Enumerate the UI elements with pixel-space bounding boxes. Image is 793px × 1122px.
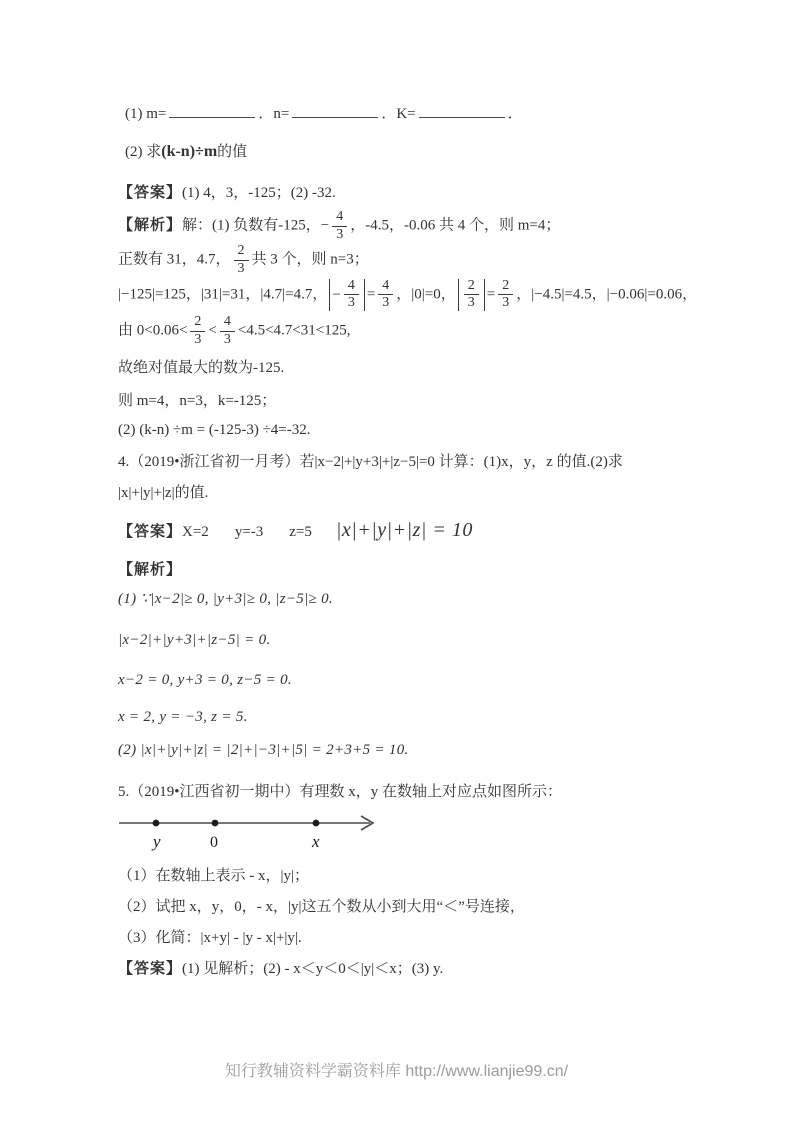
answer-marker: 【答案】 (118, 523, 182, 540)
fraction-4-3: 43 (332, 210, 347, 242)
math-text: (1) ∵|x−2|≥ 0, |y+3|≥ 0, |z−5|≥ 0. (118, 591, 333, 607)
q4-title-math: |x|+|y|+|z| (118, 485, 175, 501)
q4-title-suffix: 的值. (175, 485, 209, 501)
abs-fraction-neg-4-3: −43 (329, 279, 364, 311)
answer-blank-m[interactable] (169, 104, 255, 118)
answer-blank-n[interactable] (292, 104, 378, 118)
fraction-2-3: 23 (190, 315, 205, 347)
fraction-4-3: 43 (378, 279, 393, 311)
abs-seg-3: ，|−4.5|=4.5，|−0.06|=0.06， (516, 286, 697, 302)
fraction-denominator: 3 (190, 331, 205, 348)
math-text: x−2 = 0, y+3 = 0, z−5 = 0. (118, 672, 292, 688)
fraction-numerator: 4 (378, 279, 393, 295)
q3-max-line: 故绝对值最大的数为-125. (118, 357, 723, 379)
q4-math-step5: (2) |x|+|y|+|z| = |2|+|−3|+|5| = 2+3+5 =… (118, 739, 723, 761)
q3-part2-formula: (k-n)÷m (161, 143, 217, 160)
fraction-2-3: 23 (498, 279, 513, 311)
q4-math-step2: |x−2|+|y+3|+|z−5| = 0. (118, 629, 723, 651)
point-y-dot (153, 819, 160, 826)
order-seg-b: <4.5<4.7<31<125, (238, 323, 351, 339)
q3-abs-values-line: |−125|=125，|31|=31，|4.7|=4.7，−43=43，|0|=… (118, 279, 723, 311)
abs-seg-1: |−125|=125，|31|=31，|4.7|=4.7， (118, 286, 327, 302)
abs-fraction-2-3: 23 (458, 279, 485, 311)
answer-marker: 【答案】 (118, 960, 182, 977)
q4-title-line2: |x|+|y|+|z|的值. (118, 482, 723, 504)
q4-math-step4: x = 2, y = −3, z = 5. (118, 706, 723, 728)
q5-item2-line: （2）试把 x，y，0，- x，|y|这五个数从小到大用“＜”号连接， (118, 896, 723, 918)
minus-sign: − (332, 284, 340, 306)
fraction-4-3: 43 (344, 279, 359, 311)
q5-answer-line: 【答案】(1) 见解析；(2) - x＜y＜0＜|y|＜x；(3) y. (118, 958, 723, 980)
q3-blank-label-m: (1) m= (125, 106, 166, 122)
worksheet-content: (1) m=．n=．K=． (2) 求(k-n)÷m的值 【答案】(1) 4，3… (118, 103, 723, 980)
math-text: x = 2, y = −3, z = 5. (118, 709, 248, 725)
footer-text: 知行教辅资料学霸资料库 http://www.lianjie99.cn/ (225, 1063, 568, 1080)
order-seg-a: 由 0<0.06< (118, 323, 187, 339)
q3-part2-suffix: 的值 (217, 144, 247, 160)
q3-sol-pos-b: 共 3 个，则 n=3； (252, 252, 369, 268)
q4-title-text: 4.（2019•浙江省初一月考）若|x−2|+|y+3|+|z−5|=0 计算：… (118, 454, 623, 470)
q3-blank-label-k: ．K= (381, 106, 415, 122)
point-zero-label: 0 (210, 834, 218, 851)
q4-answer-formula: |x|+|y|+|z| = 10 (336, 519, 473, 541)
q5-item3-text: （3）化简：|x+y| - |y - x|+|y|. (118, 930, 302, 946)
q4-math-step1: (1) ∵|x−2|≥ 0, |y+3|≥ 0, |z−5|≥ 0. (118, 588, 723, 610)
q5-item3-line: （3）化简：|x+y| - |y - x|+|y|. (118, 927, 723, 949)
q4-title-line1: 4.（2019•浙江省初一月考）若|x−2|+|y+3|+|z−5|=0 计算：… (118, 451, 723, 473)
q5-item1-line: （1）在数轴上表示 - x，|y|； (118, 865, 723, 887)
equals-sign: = (367, 286, 375, 302)
fraction-numerator: 4 (344, 279, 359, 295)
q3-blank-label-n: ．n= (258, 106, 289, 122)
q3-answer-line: 【答案】(1) 4，3，-125；(2) -32. (118, 182, 723, 204)
fraction-numerator: 2 (464, 279, 479, 295)
q3-analysis-line2: 正数有 31，4.7，23共 3 个，则 n=3； (118, 244, 723, 276)
fraction-numerator: 2 (190, 315, 205, 331)
point-y-label: y (151, 832, 161, 851)
fraction-denominator: 3 (464, 294, 479, 311)
analysis-marker: 【解析】 (118, 217, 182, 234)
fraction-2-3: 23 (464, 279, 479, 311)
point-zero-dot (212, 819, 219, 826)
fraction-numerator: 2 (234, 244, 249, 260)
q3-blank-end: ． (508, 106, 523, 122)
less-than-sign: < (208, 323, 216, 339)
fraction-denominator: 3 (498, 294, 513, 311)
q3-sol-pos-a: 正数有 31，4.7， (118, 252, 231, 268)
q4-analysis-label: 【解析】 (118, 559, 723, 581)
q3-answer-text: (1) 4，3，-125；(2) -32. (182, 185, 336, 201)
abs-seg-2: ，|0|=0， (396, 286, 455, 302)
math-text: |x−2|+|y+3|+|z−5| = 0. (118, 632, 270, 648)
fraction-denominator: 3 (220, 331, 235, 348)
q4-math-step3: x−2 = 0, y+3 = 0, z−5 = 0. (118, 669, 723, 691)
answer-blank-k[interactable] (419, 104, 505, 118)
q5-item1-text: （1）在数轴上表示 - x，|y|； (118, 868, 309, 884)
number-line-figure: y 0 x (118, 809, 388, 853)
q3-sol-neg-b: ，-4.5，-0.06 共 4 个，则 m=4； (350, 218, 560, 234)
answer-marker: 【答案】 (118, 184, 182, 201)
q3-part2-line: (2) 求(k-n)÷m的值 (118, 138, 723, 166)
fraction-4-3: 43 (220, 315, 235, 347)
fraction-2-3: 23 (234, 244, 249, 276)
q5-title-line: 5.（2019•江西省初一期中）有理数 x，y 在数轴上对应点如图所示： (118, 781, 723, 803)
q3-blanks-line: (1) m=．n=．K=． (118, 103, 723, 125)
fraction-numerator: 2 (498, 279, 513, 295)
fraction-denominator: 3 (344, 294, 359, 311)
q3-sol-neg-a: 解：(1) 负数有-125，− (182, 218, 329, 234)
q3-max-text: 故绝对值最大的数为-125. (118, 360, 284, 376)
equals-sign: = (487, 286, 495, 302)
analysis-marker: 【解析】 (118, 561, 182, 578)
fraction-denominator: 3 (378, 294, 393, 311)
fraction-denominator: 3 (234, 260, 249, 277)
q3-analysis-line1: 【解析】解：(1) 负数有-125，−43，-4.5，-0.06 共 4 个，则… (118, 210, 723, 242)
q3-calc-line: (2) (k-n) ÷m = (-125-3) ÷4=-32. (118, 419, 723, 441)
q3-part2-prefix: (2) 求 (125, 144, 161, 160)
q4-answer-line: 【答案】X=2y=-3z=5|x|+|y|+|z| = 10 (118, 516, 723, 546)
q5-item2-text: （2）试把 x，y，0，- x，|y|这五个数从小到大用“＜”号连接， (118, 899, 525, 915)
q3-ordering-line: 由 0<0.06<23<43<4.5<4.7<31<125, (118, 315, 723, 347)
q3-then-text: 则 m=4，n=3，k=-125； (118, 393, 276, 409)
q5-answer-text: (1) 见解析；(2) - x＜y＜0＜|y|＜x；(3) y. (182, 961, 443, 977)
q3-then-line: 则 m=4，n=3，k=-125； (118, 390, 723, 412)
math-text: (2) |x|+|y|+|z| = |2|+|−3|+|5| = 2+3+5 =… (118, 742, 409, 758)
fraction-denominator: 3 (332, 226, 347, 243)
q5-title-text: 5.（2019•江西省初一期中）有理数 x，y 在数轴上对应点如图所示： (118, 784, 562, 800)
point-x-label: x (311, 832, 320, 851)
q4-answer-x: X=2 (182, 524, 209, 540)
site-footer: 知行教辅资料学霸资料库 http://www.lianjie99.cn/ (0, 1058, 793, 1081)
q3-calc-text: (2) (k-n) ÷m = (-125-3) ÷4=-32. (118, 422, 311, 438)
q4-answer-y: y=-3 (235, 524, 263, 540)
point-x-dot (313, 819, 320, 826)
fraction-numerator: 4 (220, 315, 235, 331)
fraction-numerator: 4 (332, 210, 347, 226)
document-page: { "page": { "footer": "知行教辅资料学霸资料库 http:… (0, 0, 793, 1122)
q4-answer-z: z=5 (289, 524, 312, 540)
